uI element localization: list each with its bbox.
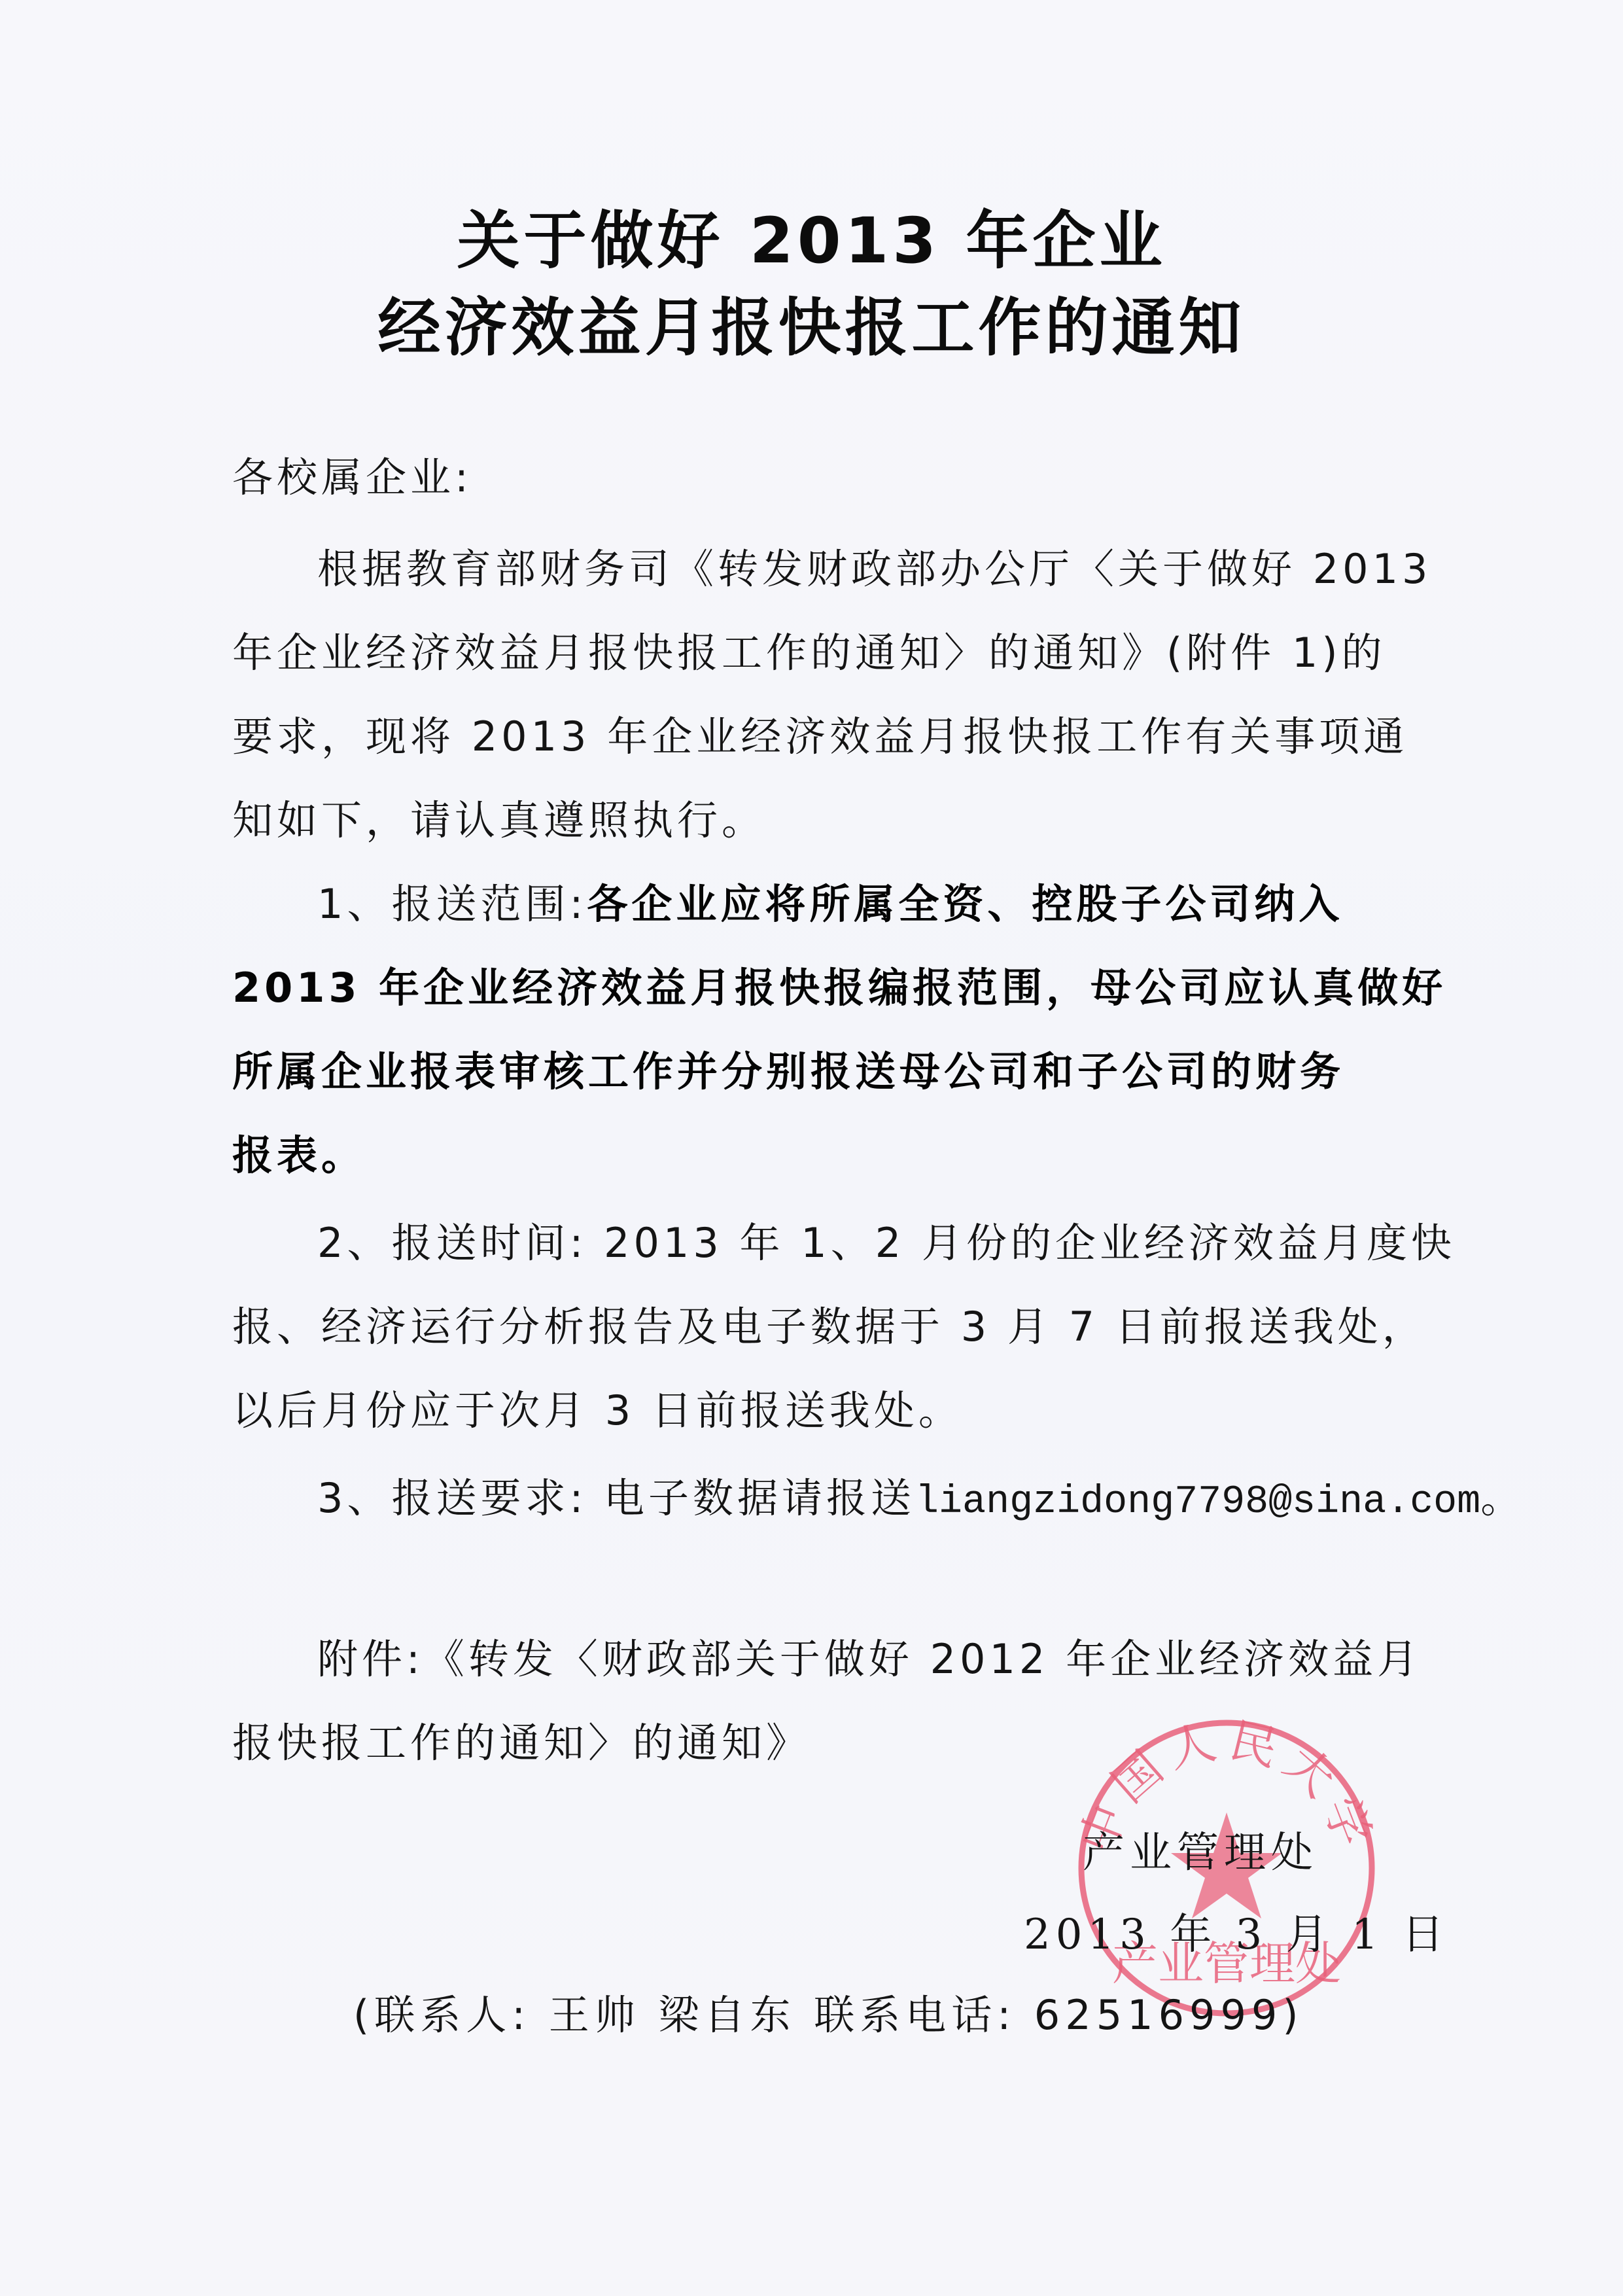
title-line-2: 经济效益月报快报工作的通知: [0, 278, 1623, 368]
intro-line: 根据教育部财务司《转发财政部办公厅〈关于做好 2013: [317, 543, 1432, 595]
item-1-first-line: 1、报送范围:各企业应将所属全资、控股子公司纳入: [317, 878, 1343, 930]
contact-email-link[interactable]: liangzidong7798@sina.com: [915, 1480, 1480, 1525]
item-1-line: 2013 年企业经济效益月报快报编报范围，母公司应认真做好: [232, 962, 1446, 1014]
intro-line: 要求，现将 2013 年企业经济效益月报快报工作有关事项通: [232, 711, 1408, 763]
intro-line: 知如下，请认真遵照执行。: [232, 794, 766, 847]
title-line-1: 关于做好 2013 年企业: [0, 191, 1623, 281]
signature-date: 2013 年 3 月 1 日: [1024, 1901, 1449, 1961]
item-1-text: 各企业应将所属全资、控股子公司纳入: [587, 880, 1343, 928]
item-2-line: 以后月份应于次月 3 日前报送我处。: [232, 1385, 963, 1437]
item-3-suffix: 。: [1480, 1474, 1525, 1522]
item-1-line: 所属企业报表审核工作并分别报送母公司和子公司的财务: [232, 1046, 1344, 1098]
item-2-line: 2、报送时间: 2013 年 1、2 月份的企业经济效益月度快: [317, 1217, 1456, 1269]
item-1-label: 1、报送范围:: [317, 880, 587, 928]
item-3-requirements: 3、报送要求: 电子数据请报送liangzidong7798@sina.com。: [317, 1472, 1525, 1528]
document-page: 关于做好 2013 年企业 经济效益月报快报工作的通知 各校属企业: 根据教育部…: [0, 0, 1623, 2296]
item-3-prefix: 3、报送要求: 电子数据请报送: [317, 1474, 915, 1522]
signature-department: 产业管理处: [1083, 1819, 1318, 1879]
item-1-line: 报表。: [232, 1129, 366, 1182]
salutation: 各校属企业:: [232, 451, 472, 504]
attachment-line: 附件:《转发〈财政部关于做好 2012 年企业经济效益月: [317, 1633, 1422, 1686]
intro-line: 年企业经济效益月报快报工作的通知〉的通知》(附件 1)的: [232, 627, 1386, 679]
contact-info: (联系人: 王帅 梁自东 联系电话: 62516999): [353, 1989, 1304, 2041]
item-2-line: 报、经济运行分析报告及电子数据于 3 月 7 日前报送我处，: [232, 1301, 1427, 1353]
attachment-line: 报快报工作的通知〉的通知》: [232, 1717, 811, 1769]
